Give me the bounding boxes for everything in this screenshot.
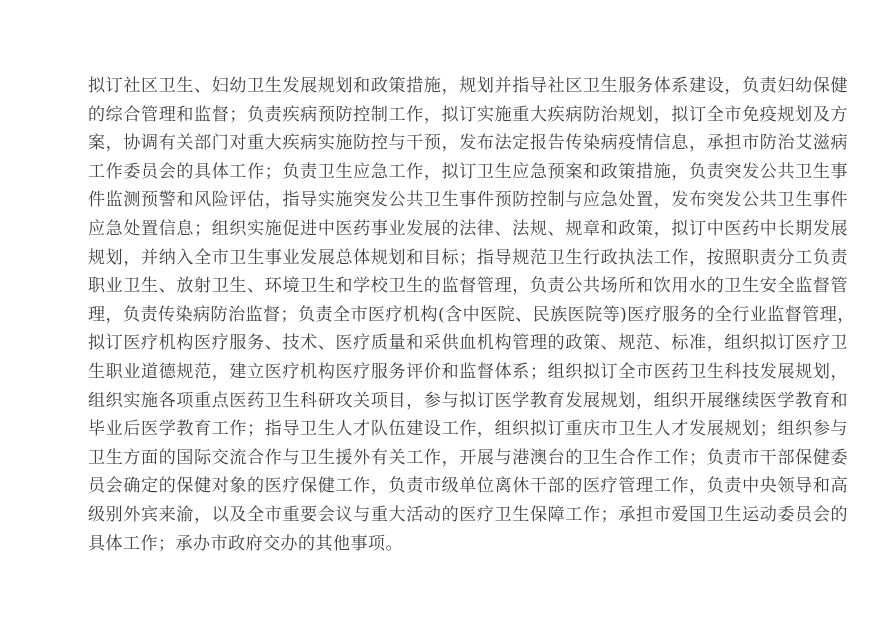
- document-body-text: 拟订社区卫生、妇幼卫生发展规划和政策措施，规划并指导社区卫生服务体系建设，负责妇…: [88, 72, 848, 558]
- text-line: 的综合管理和监督；负责疾病预防控制工作，拟订实施重大疾病防治规划，拟订全市免疫规…: [88, 101, 848, 130]
- text-line: 职业卫生、放射卫生、环境卫生和学校卫生的监督管理，负责公共场所和饮用水的卫生安全…: [88, 272, 848, 301]
- text-line: 员会确定的保健对象的医疗保健工作，负责市级单位离休干部的医疗管理工作，负责中央领…: [88, 472, 848, 501]
- text-line: 拟订医疗机构医疗服务、技术、医疗质量和采供血机构管理的政策、规范、标准，组织拟订…: [88, 329, 848, 358]
- text-line: 理，负责传染病防治监督；负责全市医疗机构(含中医院、民族医院等)医疗服务的全行业…: [88, 301, 848, 330]
- text-line: 组织实施各项重点医药卫生科研攻关项目，参与拟订医学教育发展规划，组织开展继续医学…: [88, 387, 848, 416]
- text-line: 毕业后医学教育工作；指导卫生人才队伍建设工作，组织拟订重庆市卫生人才发展规划；组…: [88, 415, 848, 444]
- text-line: 卫生方面的国际交流合作与卫生援外有关工作，开展与港澳台的卫生合作工作；负责市干部…: [88, 444, 848, 473]
- text-line: 应急处置信息；组织实施促进中医药事业发展的法律、法规、规章和政策，拟订中医药中长…: [88, 215, 848, 244]
- text-line: 件监测预警和风险评估，指导实施突发公共卫生事件预防控制与应急处置，发布突发公共卫…: [88, 186, 848, 215]
- text-line: 拟订社区卫生、妇幼卫生发展规划和政策措施，规划并指导社区卫生服务体系建设，负责妇…: [88, 72, 848, 101]
- text-line: 工作委员会的具体工作；负责卫生应急工作，拟订卫生应急预案和政策措施，负责突发公共…: [88, 158, 848, 187]
- text-line: 生职业道德规范，建立医疗机构医疗服务评价和监督体系；组织拟订全市医药卫生科技发展…: [88, 358, 848, 387]
- text-line: 级别外宾来渝，以及全市重要会议与重大活动的医疗卫生保障工作；承担市爱国卫生运动委…: [88, 501, 848, 530]
- text-line: 案，协调有关部门对重大疾病实施防控与干预，发布法定报告传染病疫情信息，承担市防治…: [88, 129, 848, 158]
- text-line: 规划，并纳入全市卫生事业发展总体规划和目标；指导规范卫生行政执法工作，按照职责分…: [88, 244, 848, 273]
- document-page: 拟订社区卫生、妇幼卫生发展规划和政策措施，规划并指导社区卫生服务体系建设，负责妇…: [0, 0, 896, 630]
- text-line: 具体工作；承办市政府交办的其他事项。: [88, 530, 848, 559]
